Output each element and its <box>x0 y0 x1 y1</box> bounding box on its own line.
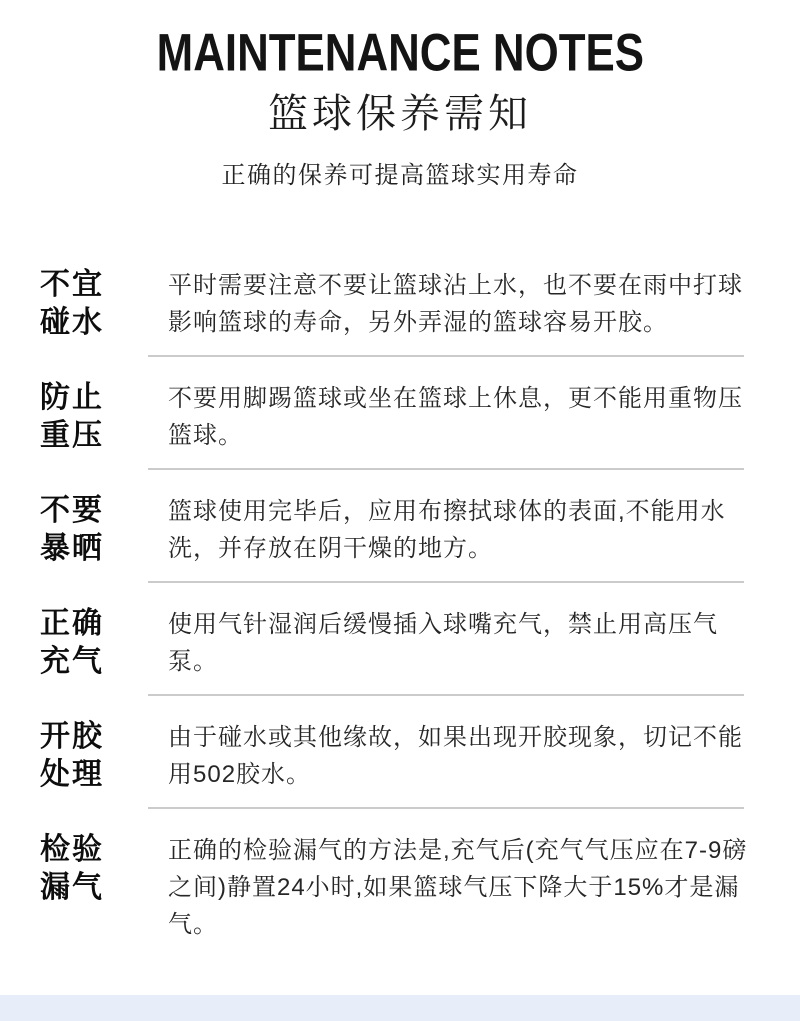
section-divider <box>148 694 744 696</box>
section-text: 正确的检验漏气的方法是,充气后(充气气压应在7-9磅之间)静置24小时,如果篮球… <box>168 831 748 943</box>
section-divider <box>148 468 744 470</box>
section-label: 开胶 处理 <box>40 718 168 794</box>
section-correct-inflation: 正确 充气 使用气针湿润后缓慢插入球嘴充气，禁止用高压气泵。 <box>0 605 800 681</box>
section-divider <box>148 807 744 809</box>
page-header: MAINTENANCE NOTES 篮球保养需知 正确的保养可提高篮球实用寿命 <box>0 0 800 190</box>
section-label: 正确 充气 <box>40 605 168 681</box>
section-no-sun-exposure: 不要 暴晒 篮球使用完毕后，应用布擦拭球体的表面,不能用水洗，并存放在阴干燥的地… <box>0 492 800 568</box>
section-text: 使用气针湿润后缓慢插入球嘴充气，禁止用高压气泵。 <box>168 605 748 680</box>
section-label: 防止 重压 <box>40 379 168 455</box>
section-divider <box>148 581 744 583</box>
section-avoid-pressure: 防止 重压 不要用脚踢篮球或坐在篮球上休息，更不能用重物压篮球。 <box>0 379 800 455</box>
maintenance-sections: 不宜 碰水 平时需要注意不要让篮球沾上水，也不要在雨中打球影响篮球的寿命，另外弄… <box>0 266 800 943</box>
section-divider <box>148 355 744 357</box>
section-label: 不要 暴晒 <box>40 492 168 568</box>
section-text: 平时需要注意不要让篮球沾上水，也不要在雨中打球影响篮球的寿命，另外弄湿的篮球容易… <box>168 266 748 341</box>
footer-strip <box>0 995 800 1021</box>
section-text: 由于碰水或其他缘故，如果出现开胶现象，切记不能用502胶水。 <box>168 718 748 793</box>
section-label: 检验 漏气 <box>40 831 168 907</box>
section-no-water: 不宜 碰水 平时需要注意不要让篮球沾上水，也不要在雨中打球影响篮球的寿命，另外弄… <box>0 266 800 342</box>
section-leak-check: 检验 漏气 正确的检验漏气的方法是,充气后(充气气压应在7-9磅之间)静置24小… <box>0 831 800 943</box>
page-subtitle: 正确的保养可提高篮球实用寿命 <box>0 162 800 190</box>
section-text: 不要用脚踢篮球或坐在篮球上休息，更不能用重物压篮球。 <box>168 379 748 454</box>
page-title-english: MAINTENANCE NOTES <box>156 29 643 77</box>
section-glue-failure-handling: 开胶 处理 由于碰水或其他缘故，如果出现开胶现象，切记不能用502胶水。 <box>0 718 800 794</box>
section-label: 不宜 碰水 <box>40 266 168 342</box>
page-title-chinese: 篮球保养需知 <box>0 92 800 136</box>
maintenance-notes-page: MAINTENANCE NOTES 篮球保养需知 正确的保养可提高篮球实用寿命 … <box>0 0 800 1021</box>
section-text: 篮球使用完毕后，应用布擦拭球体的表面,不能用水洗，并存放在阴干燥的地方。 <box>168 492 748 567</box>
